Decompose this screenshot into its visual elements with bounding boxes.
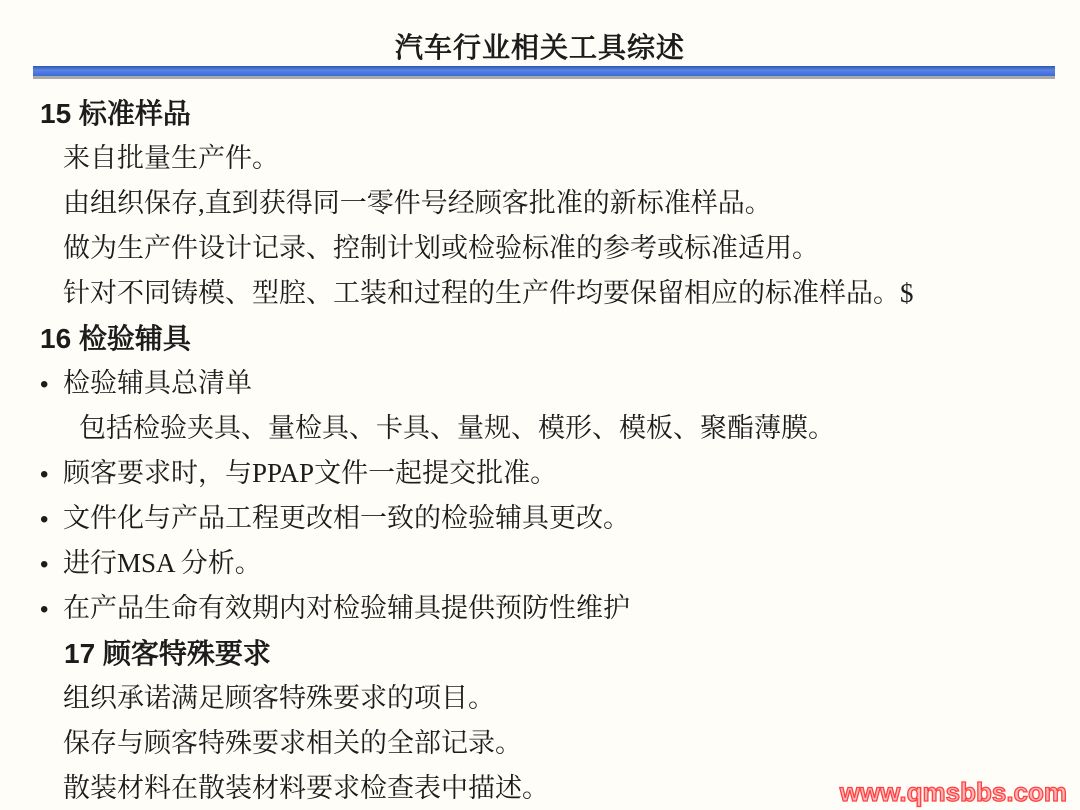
bullet-text: 进行MSA 分析。	[63, 548, 262, 578]
watermark: www.qmsbbs.com	[840, 777, 1067, 808]
section16-sub-line: 包括检验夹具、量检具、卡具、量规、模形、模板、聚酯薄膜。	[0, 406, 1080, 451]
bullet-icon: •	[40, 452, 63, 497]
bullet-icon: •	[40, 587, 63, 632]
section15-line: 来自批量生产件。	[0, 136, 1080, 181]
section15-line: 针对不同铸模、型腔、工装和过程的生产件均要保留相应的标准样品。$	[0, 271, 1080, 316]
bullet-text: 文件化与产品工程更改相一致的检验辅具更改。	[63, 503, 630, 533]
section16-bullet-item: •检验辅具总清单	[0, 361, 1080, 406]
section16-bullet-item: •文件化与产品工程更改相一致的检验辅具更改。	[0, 496, 1080, 541]
section17-line: 组织承诺满足顾客特殊要求的项目。	[0, 676, 1080, 721]
bullet-text: 顾客要求时，与PPAP文件一起提交批准。	[63, 458, 557, 488]
bullet-icon: •	[40, 362, 63, 407]
page-title: 汽车行业相关工具综述	[0, 26, 1080, 66]
bullet-icon: •	[40, 542, 63, 587]
section15-line: 做为生产件设计记录、控制计划或检验标准的参考或标准适用。	[0, 226, 1080, 271]
section16-heading: 16 检验辅具	[0, 316, 1080, 361]
section16-bullet-item: •顾客要求时，与PPAP文件一起提交批准。	[0, 451, 1080, 496]
bullet-icon: •	[40, 497, 63, 542]
bullet-text: 检验辅具总清单	[63, 368, 252, 398]
section16-bullet-item: •在产品生命有效期内对检验辅具提供预防性维护	[0, 586, 1080, 631]
slide-body: 15 标准样品 来自批量生产件。 由组织保存,直到获得同一零件号经顾客批准的新标…	[0, 91, 1080, 810]
section15-heading: 15 标准样品	[0, 91, 1080, 136]
section16-bullet-item: •进行MSA 分析。	[0, 541, 1080, 586]
section15-line: 由组织保存,直到获得同一零件号经顾客批准的新标准样品。	[0, 181, 1080, 226]
section17-line: 保存与顾客特殊要求相关的全部记录。	[0, 721, 1080, 766]
title-divider	[33, 66, 1055, 79]
section17-heading: 17 顾客特殊要求	[0, 631, 1080, 676]
bullet-text: 在产品生命有效期内对检验辅具提供预防性维护	[63, 593, 630, 623]
slide-page: 汽车行业相关工具综述 15 标准样品 来自批量生产件。 由组织保存,直到获得同一…	[0, 0, 1080, 810]
